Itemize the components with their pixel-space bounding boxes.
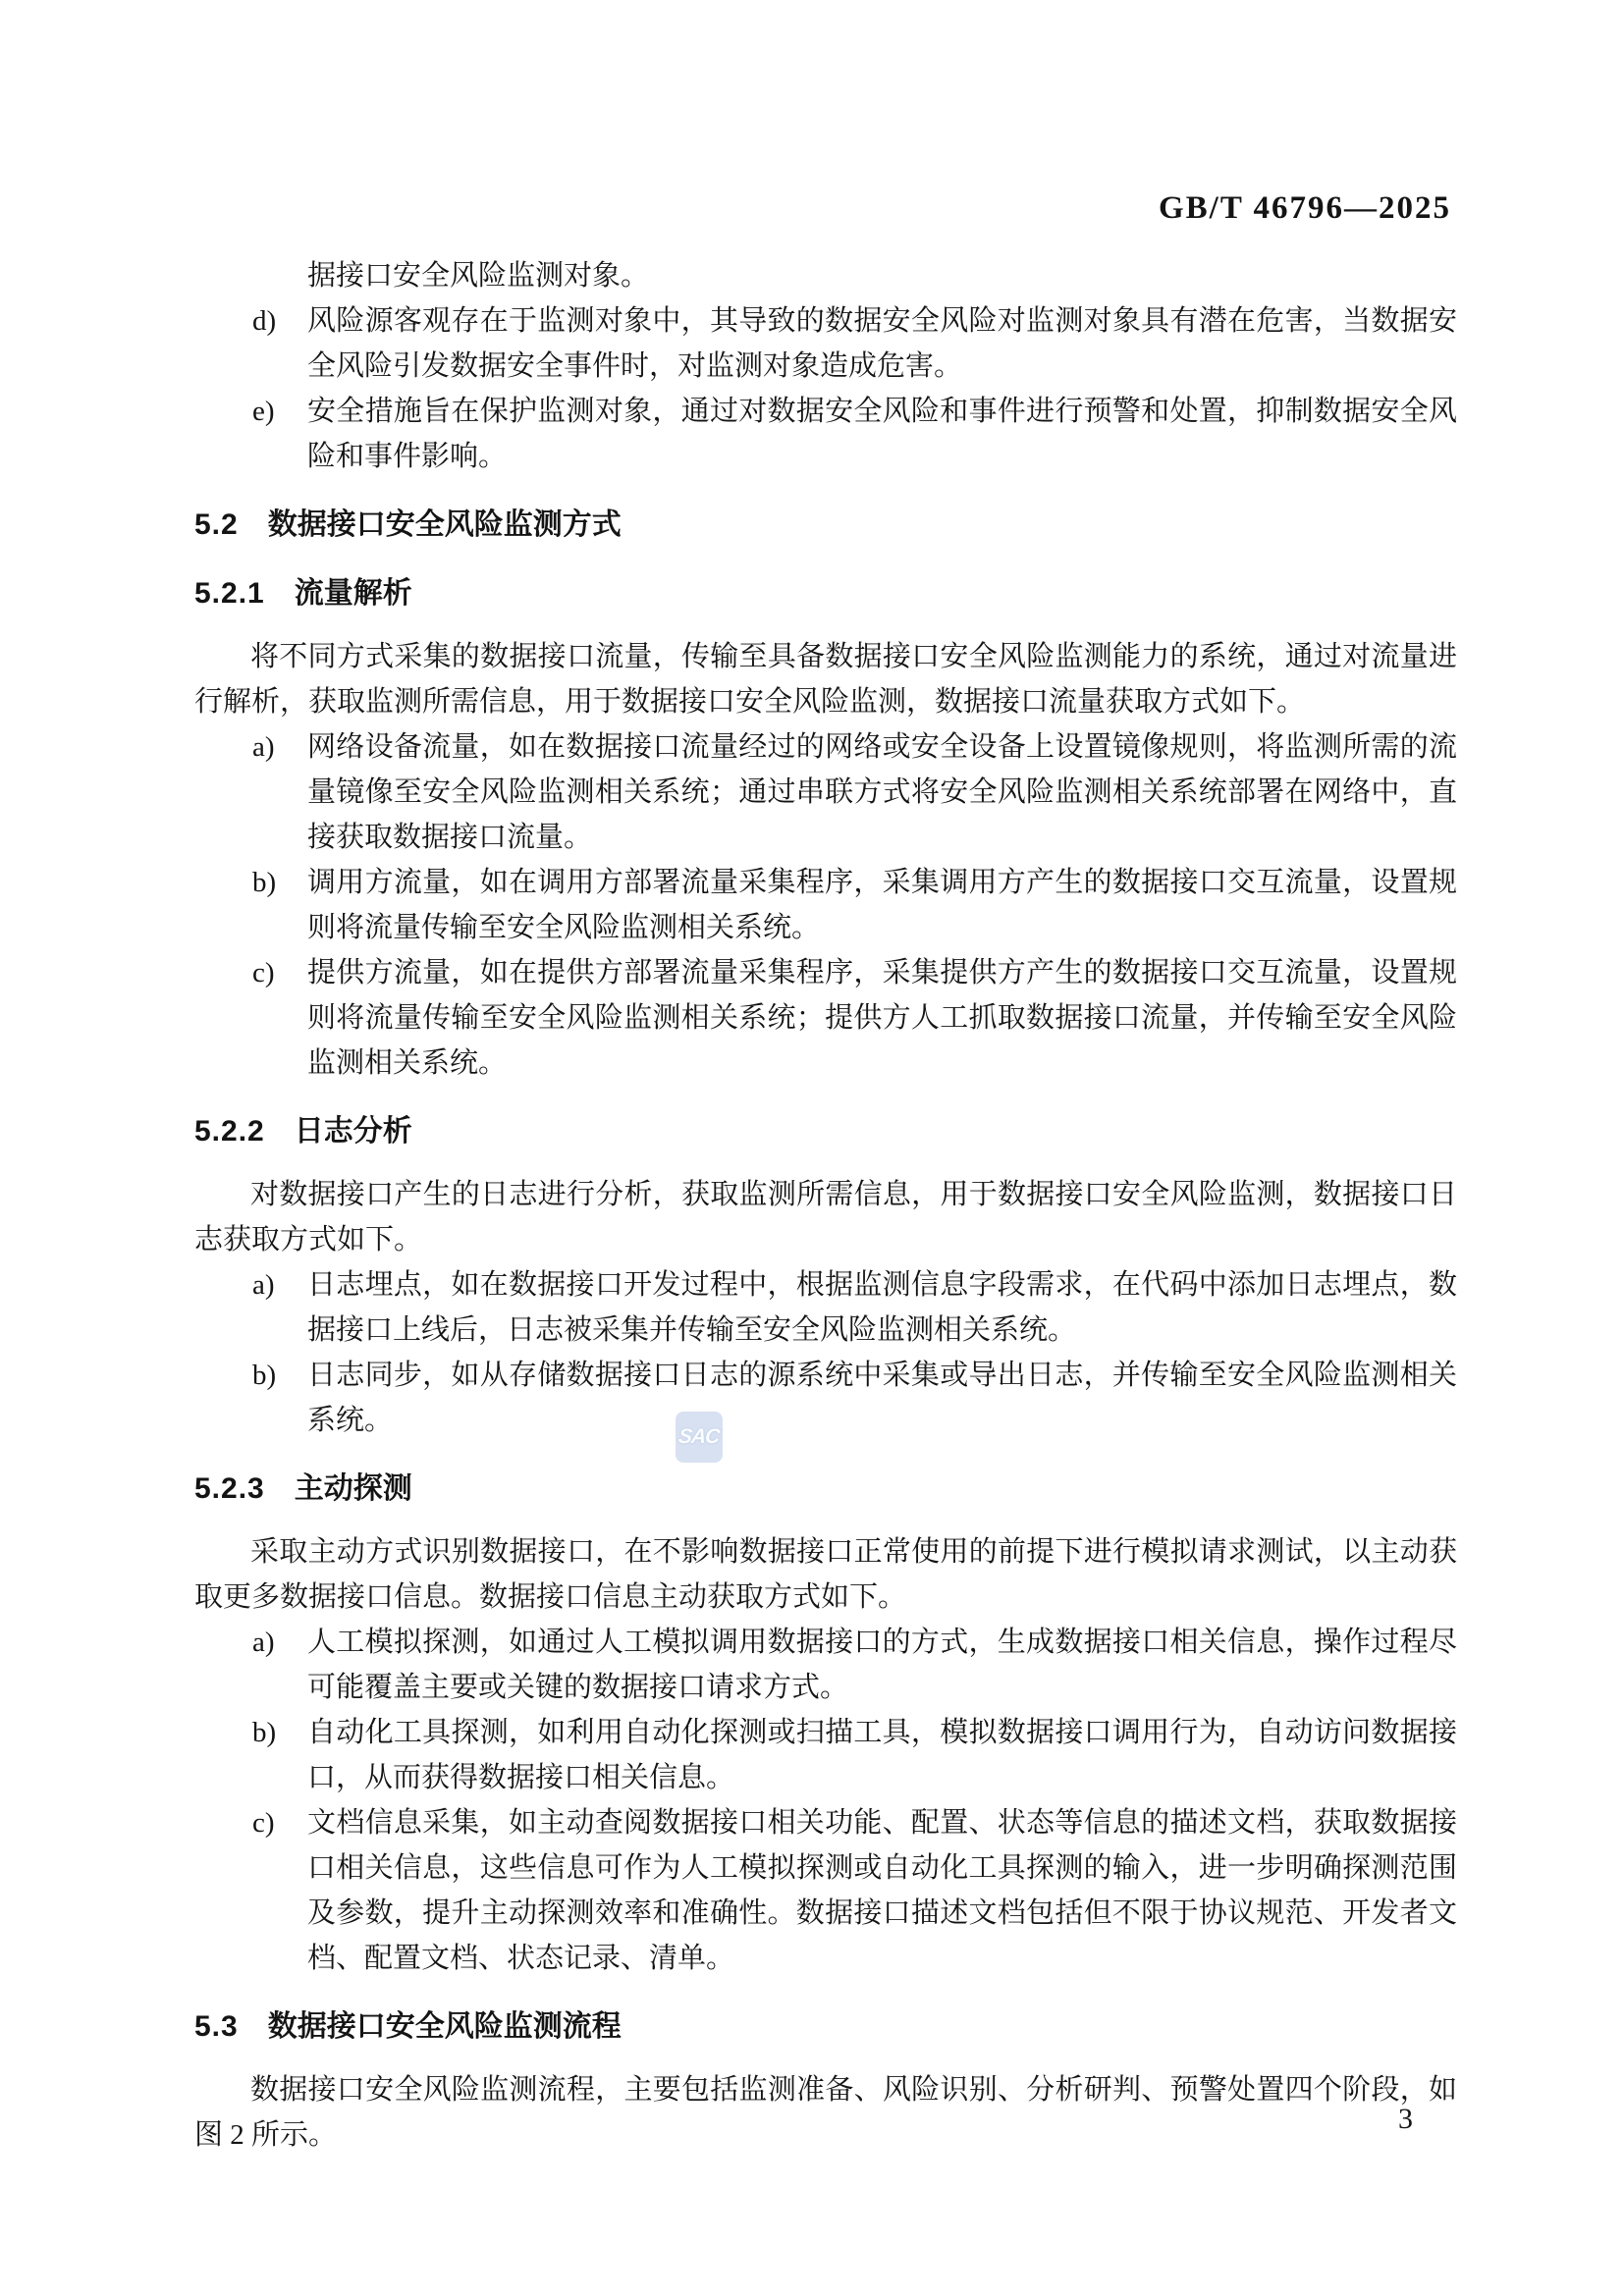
paragraph: 数据接口安全风险监测流程，主要包括监测准备、风险识别、分析研判、预警处置四个阶段… bbox=[194, 2067, 1457, 2158]
list-item-continuation: 据接口安全风险监测对象。 bbox=[194, 253, 1457, 298]
list-item: d)风险源客观存在于监测对象中，其导致的数据安全风险对监测对象具有潜在危害，当数… bbox=[194, 298, 1457, 389]
subsection-heading: 5.2.3主动探测 bbox=[194, 1467, 1457, 1512]
list-item-text: 安全措施旨在保护监测对象，通过对数据安全风险和事件进行预警和处置，抑制数据安全风… bbox=[307, 396, 1457, 472]
section-number: 5.2.2 bbox=[194, 1109, 265, 1154]
list-marker: b) bbox=[252, 1710, 276, 1755]
list-marker: c) bbox=[252, 1800, 275, 1845]
section-number: 5.2.3 bbox=[194, 1467, 265, 1512]
document-body: 据接口安全风险监测对象。d)风险源客观存在于监测对象中，其导致的数据安全风险对监… bbox=[194, 253, 1457, 2158]
list-item-text: 风险源客观存在于监测对象中，其导致的数据安全风险对监测对象具有潜在危害，当数据安… bbox=[307, 305, 1457, 382]
list-marker: a) bbox=[252, 1262, 275, 1308]
document-page: GB/T 46796—2025 SAC 据接口安全风险监测对象。d)风险源客观存… bbox=[0, 0, 1624, 2296]
paragraph: 采取主动方式识别数据接口，在不影响数据接口正常使用的前提下进行模拟请求测试，以主… bbox=[194, 1529, 1457, 1620]
list-marker: e) bbox=[252, 389, 275, 434]
section-number: 5.3 bbox=[194, 2004, 239, 2050]
list-item-text: 调用方流量，如在调用方部署流量采集程序，采集调用方产生的数据接口交互流量，设置规… bbox=[307, 867, 1457, 943]
list-item-text: 日志埋点，如在数据接口开发过程中，根据监测信息字段需求，在代码中添加日志埋点，数… bbox=[307, 1269, 1457, 1346]
list-marker: d) bbox=[252, 298, 276, 344]
list-item-text: 文档信息采集，如主动查阅数据接口相关功能、配置、状态等信息的描述文档，获取数据接… bbox=[307, 1807, 1457, 1974]
subsection-heading: 5.2.1流量解析 bbox=[194, 571, 1457, 616]
subsection-heading: 5.2.2日志分析 bbox=[194, 1109, 1457, 1154]
list-marker: a) bbox=[252, 724, 275, 770]
list-item: a)网络设备流量，如在数据接口流量经过的网络或安全设备上设置镜像规则，将监测所需… bbox=[194, 724, 1457, 860]
list-marker: b) bbox=[252, 860, 276, 905]
list-marker: a) bbox=[252, 1620, 275, 1665]
standard-code-header: GB/T 46796—2025 bbox=[1159, 190, 1451, 227]
paragraph: 对数据接口产生的日志进行分析，获取监测所需信息，用于数据接口安全风险监测，数据接… bbox=[194, 1172, 1457, 1262]
section-title: 流量解析 bbox=[295, 576, 412, 611]
list-item: c)文档信息采集，如主动查阅数据接口相关功能、配置、状态等信息的描述文档，获取数… bbox=[194, 1800, 1457, 1981]
section-title: 数据接口安全风险监测流程 bbox=[268, 2009, 622, 2044]
list-item: b)日志同步，如从存储数据接口日志的源系统中采集或导出日志，并传输至安全风险监测… bbox=[194, 1353, 1457, 1443]
list-marker: b) bbox=[252, 1353, 276, 1398]
list-item: a)人工模拟探测，如通过人工模拟调用数据接口的方式，生成数据接口相关信息，操作过… bbox=[194, 1620, 1457, 1710]
list-item-text: 人工模拟探测，如通过人工模拟调用数据接口的方式，生成数据接口相关信息，操作过程尽… bbox=[307, 1627, 1457, 1703]
list-item: b)调用方流量，如在调用方部署流量采集程序，采集调用方产生的数据接口交互流量，设… bbox=[194, 860, 1457, 950]
list-marker: c) bbox=[252, 950, 275, 995]
section-title: 数据接口安全风险监测方式 bbox=[268, 507, 622, 542]
list-item: e)安全措施旨在保护监测对象，通过对数据安全风险和事件进行预警和处置，抑制数据安… bbox=[194, 389, 1457, 479]
list-item-text: 提供方流量，如在提供方部署流量采集程序，采集提供方产生的数据接口交互流量，设置规… bbox=[307, 957, 1457, 1079]
section-number: 5.2 bbox=[194, 503, 239, 548]
section-number: 5.2.1 bbox=[194, 571, 265, 616]
list-item: c)提供方流量，如在提供方部署流量采集程序，采集提供方产生的数据接口交互流量，设… bbox=[194, 950, 1457, 1086]
list-item-text: 据接口安全风险监测对象。 bbox=[307, 260, 649, 292]
list-item-text: 网络设备流量，如在数据接口流量经过的网络或安全设备上设置镜像规则，将监测所需的流… bbox=[307, 731, 1457, 853]
paragraph: 将不同方式采集的数据接口流量，传输至具备数据接口安全风险监测能力的系统，通过对流… bbox=[194, 634, 1457, 724]
list-item: a)日志埋点，如在数据接口开发过程中，根据监测信息字段需求，在代码中添加日志埋点… bbox=[194, 1262, 1457, 1353]
page-number: 3 bbox=[1398, 2103, 1413, 2136]
section-title: 日志分析 bbox=[295, 1114, 412, 1148]
list-item-text: 自动化工具探测，如利用自动化探测或扫描工具，模拟数据接口调用行为，自动访问数据接… bbox=[307, 1717, 1457, 1793]
list-item-text: 日志同步，如从存储数据接口日志的源系统中采集或导出日志，并传输至安全风险监测相关… bbox=[307, 1360, 1457, 1436]
list-item: b)自动化工具探测，如利用自动化探测或扫描工具，模拟数据接口调用行为，自动访问数… bbox=[194, 1710, 1457, 1800]
section-title: 主动探测 bbox=[295, 1471, 412, 1506]
section-heading: 5.3数据接口安全风险监测流程 bbox=[194, 2004, 1457, 2050]
section-heading: 5.2数据接口安全风险监测方式 bbox=[194, 503, 1457, 548]
